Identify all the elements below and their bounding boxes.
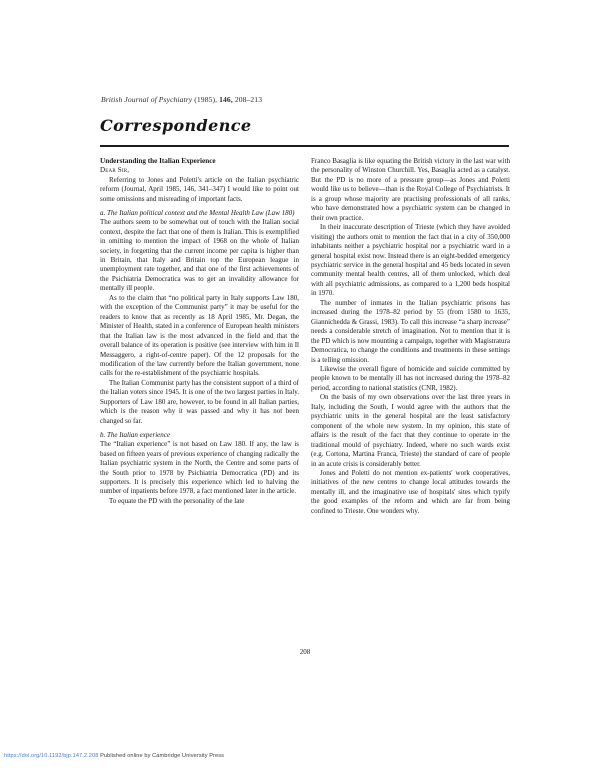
- published-note: Published online by Cambridge University…: [100, 753, 224, 759]
- right-column: Franco Basaglia is like equating the Bri…: [311, 157, 510, 516]
- citation-year: (1985),: [194, 95, 217, 104]
- left-column: Understanding the Italian Experience Dea…: [100, 157, 299, 516]
- letter-paragraph: The “Italian experience” is not based on…: [100, 440, 299, 497]
- letter-paragraph: Jones and Poletti do not mention ex-pati…: [311, 469, 510, 516]
- two-column-text-block: Understanding the Italian Experience Dea…: [100, 157, 510, 516]
- letter-paragraph: The authors seem to be somewhat out of t…: [100, 218, 299, 294]
- section-heading-a: a. The Italian political context and the…: [100, 209, 299, 218]
- letter-paragraph-continuation-end: Franco Basaglia is like equating the Bri…: [311, 157, 510, 223]
- section-heading-b: b. The Italian experience: [100, 431, 299, 440]
- letter-paragraph: As to the claim that “no political party…: [100, 294, 299, 379]
- letter-title: Understanding the Italian Experience: [100, 157, 299, 166]
- letter-paragraph: In their inaccurate description of Tries…: [311, 223, 510, 299]
- letter-paragraph: Referring to Jones and Poletti's article…: [100, 176, 299, 204]
- citation-pages: 208–213: [235, 95, 262, 104]
- letter-paragraph: On the basis of my own observations over…: [311, 393, 510, 469]
- letter-paragraph-continuation-start: To equate the PD with the personality of…: [100, 497, 299, 506]
- journal-citation-header: British Journal of Psychiatry (1985), 14…: [101, 95, 262, 104]
- letter-paragraph: Likewise the overall figure of homicide …: [311, 365, 510, 393]
- scanned-journal-page: British Journal of Psychiatry (1985), 14…: [0, 0, 600, 776]
- section-title: Correspondence: [100, 116, 251, 135]
- citation-volume: 146,: [219, 95, 233, 104]
- publisher-footer: https://doi.org/10.1192/bjp.147.2.208 Pu…: [4, 753, 224, 759]
- horizontal-rule: [100, 145, 509, 147]
- letter-salutation: Dear Sir,: [100, 166, 299, 175]
- page-number: 208: [100, 648, 510, 656]
- letter-paragraph: The Italian Communist party has the cons…: [100, 379, 299, 426]
- letter-paragraph: The number of inmates in the Italian psy…: [311, 299, 510, 365]
- doi-link[interactable]: https://doi.org/10.1192/bjp.147.2.208: [4, 753, 98, 759]
- journal-name: British Journal of Psychiatry: [101, 95, 192, 104]
